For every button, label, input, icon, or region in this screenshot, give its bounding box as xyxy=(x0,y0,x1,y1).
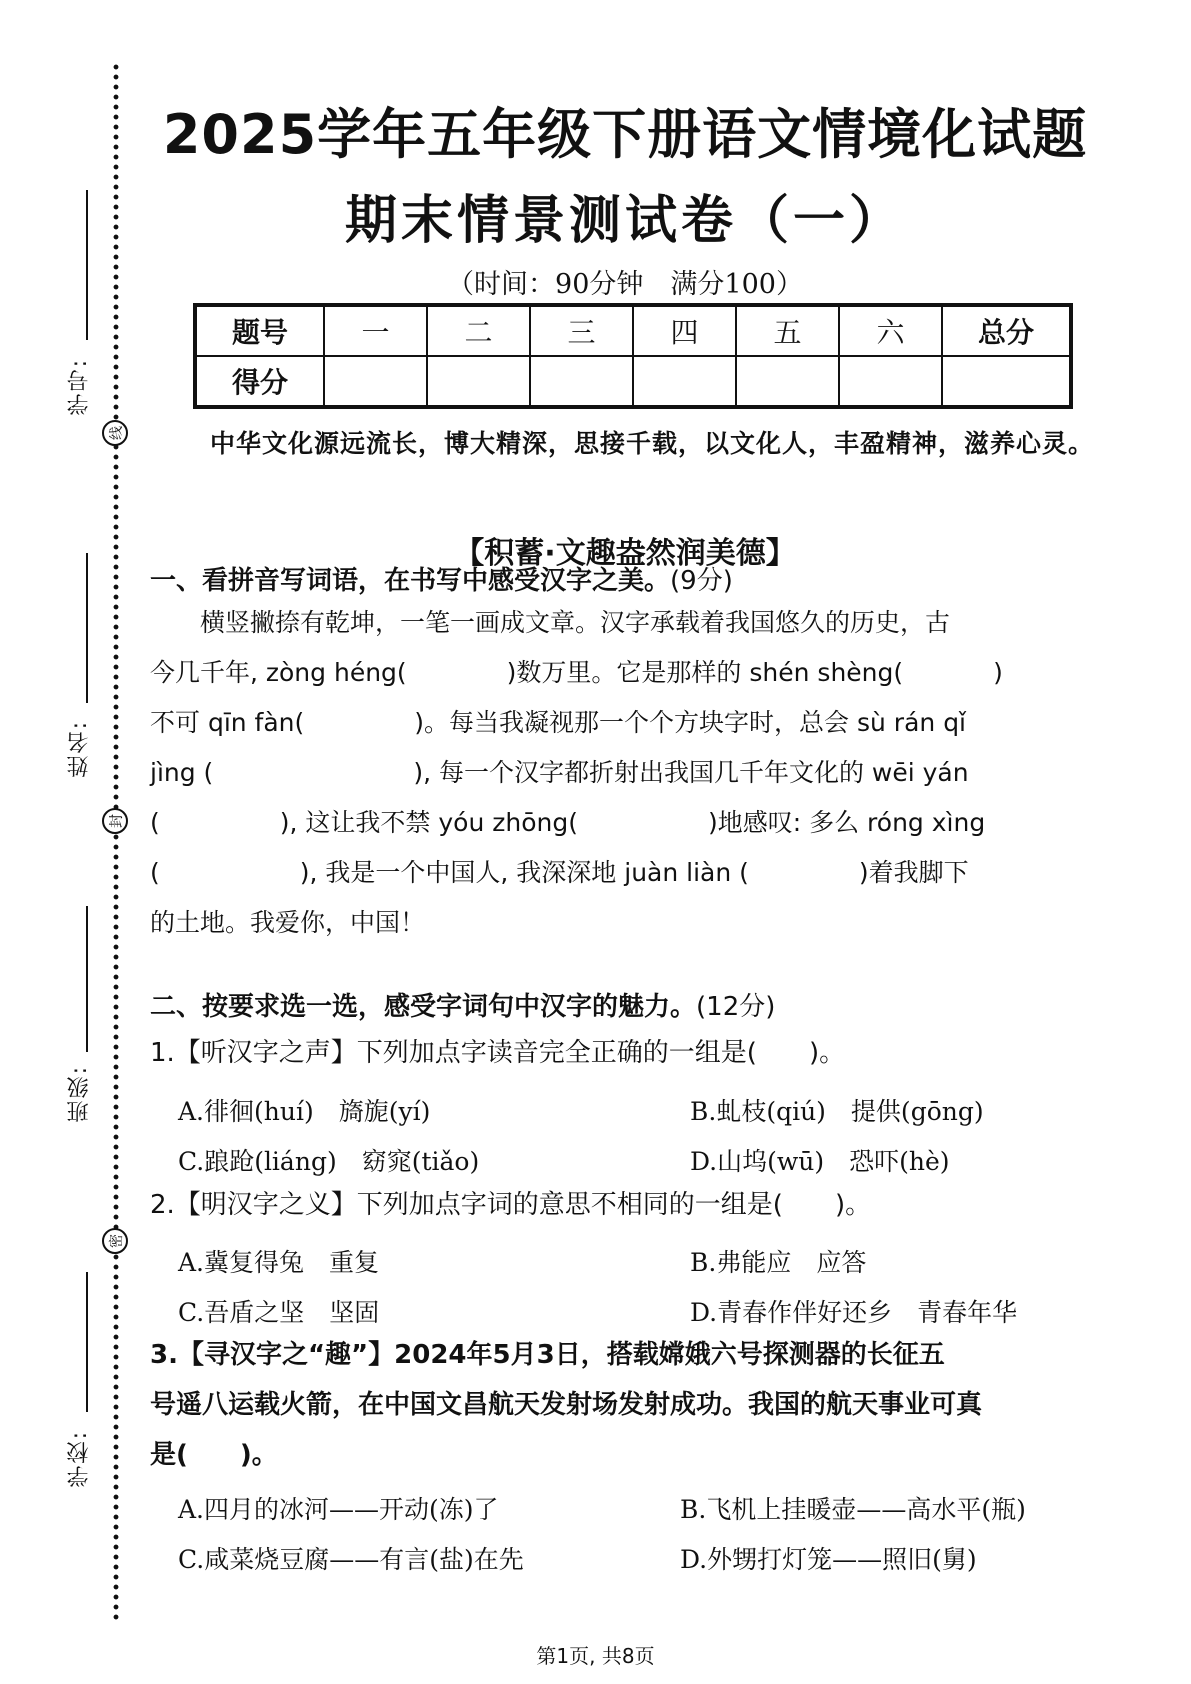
option-2-1-d[interactable]: D.山坞(wū) 恐吓(hè) xyxy=(690,1142,950,1178)
passage-text: ( xyxy=(150,858,160,887)
score-table-score-row: 得分 xyxy=(195,356,1071,407)
option-text: 吾盾之坚 坚固 xyxy=(204,1298,379,1327)
passage-text: ), 这让我不禁 yóu zhōng( xyxy=(280,808,578,837)
passage-text: 今几千年, zòng héng( xyxy=(150,658,407,687)
option-text: 飞机上挂暖壶——高水平(瓶) xyxy=(706,1495,1026,1524)
score-input-cell[interactable] xyxy=(324,356,427,407)
score-cell: 得分 xyxy=(195,356,324,407)
question-1-heading: 一、看拼音写词语，在书写中感受汉字之美。(9分) xyxy=(150,560,733,597)
passage-text: ), 每一个汉字都折射出我国几千年文化的 wēi yán xyxy=(413,758,968,787)
passage-text: 不可 qīn fàn( xyxy=(150,708,304,737)
score-cell: 二 xyxy=(427,305,530,356)
stem-line: 是( )。 xyxy=(150,1430,1110,1480)
school-label: 学校: xyxy=(64,1430,95,1487)
question-2-3-stem: 3.【寻汉字之“趣”】2024年5月3日，搭载嫦娥六号探测器的长征五 号遥八运载… xyxy=(150,1330,1110,1480)
passage-line: (), 我是一个中国人, 我深深地 juàn liàn ()着我脚下 xyxy=(150,848,1110,898)
passage-text: )着我脚下 xyxy=(859,858,969,887)
passage-text: ( xyxy=(150,808,160,837)
seal-xian: 线 xyxy=(102,420,128,446)
student-id-line[interactable] xyxy=(86,190,88,340)
score-cell: 四 xyxy=(633,305,736,356)
option-label: B. xyxy=(680,1495,706,1524)
stem-line: 3.【寻汉字之“趣”】2024年5月3日，搭载嫦娥六号探测器的长征五 xyxy=(150,1330,1110,1380)
exam-subtitle: 期末情景测试卷（一） xyxy=(150,178,1100,253)
score-cell: 五 xyxy=(736,305,839,356)
question-2-2-stem: 2.【明汉字之义】下列加点字词的意思不相同的一组是( )。 xyxy=(150,1180,1110,1230)
option-label: D. xyxy=(680,1545,707,1574)
question-2-title: 二、按要求选一选，感受字词句中汉字的魅力。 xyxy=(150,992,696,1022)
option-text: 青春作伴好还乡 青春年华 xyxy=(717,1298,1017,1327)
student-id-label: 学号: xyxy=(64,358,95,415)
option-label: B. xyxy=(690,1097,716,1126)
page-number: 第1页, 共8页 xyxy=(0,1640,1191,1669)
passage-line: (), 这让我不禁 yóu zhōng()地感叹: 多么 róng xìng xyxy=(150,798,1110,848)
passage-line: jìng (), 每一个汉字都折射出我国几千年文化的 wēi yán xyxy=(150,748,1110,798)
score-input-cell[interactable] xyxy=(839,356,942,407)
class-line[interactable] xyxy=(86,906,88,1052)
question-1-title: 一、看拼音写词语，在书写中感受汉字之美。 xyxy=(150,566,670,596)
option-2-3-a[interactable]: A.四月的冰河——开动(冻)了 xyxy=(178,1490,499,1526)
option-text: 弗能应 应答 xyxy=(716,1248,866,1277)
option-text: 冀复得兔 重复 xyxy=(204,1248,379,1277)
exam-meta: （时间：90分钟 满分100） xyxy=(150,262,1100,301)
option-text: 咸菜烧豆腐——有言(盐)在先 xyxy=(204,1545,524,1574)
option-text: 山坞(wū) 恐吓(hè) xyxy=(717,1147,949,1176)
option-text: 徘徊(huí) 旖旎(yí) xyxy=(204,1097,430,1126)
passage-text: 的土地。我爱你，中国！ xyxy=(150,908,425,937)
score-input-cell[interactable] xyxy=(427,356,530,407)
option-text: 四月的冰河——开动(冻)了 xyxy=(204,1495,499,1524)
option-2-2-c[interactable]: C.吾盾之坚 坚固 xyxy=(178,1293,379,1329)
exam-title: 2025学年五年级下册语文情境化试题 xyxy=(150,92,1100,169)
seal-feng: 封 xyxy=(102,808,128,834)
binding-dotted-line xyxy=(113,62,119,1624)
passage-text: )数万里。它是那样的 shén shèng( xyxy=(507,658,903,687)
school-line[interactable] xyxy=(86,1272,88,1412)
passage-text: )。每当我凝视那一个个方块字时，总会 sù rán qǐ xyxy=(414,708,966,737)
score-cell: 一 xyxy=(324,305,427,356)
score-cell: 总分 xyxy=(942,305,1071,356)
passage-text: )地感叹: 多么 róng xìng xyxy=(708,808,985,837)
option-2-2-b[interactable]: B.弗能应 应答 xyxy=(690,1243,866,1279)
score-cell: 三 xyxy=(530,305,633,356)
option-2-1-b[interactable]: B.虬枝(qiú) 提供(gōng) xyxy=(690,1092,984,1128)
score-cell: 六 xyxy=(839,305,942,356)
passage-line: 的土地。我爱你，中国！ xyxy=(150,898,1110,948)
option-label: D. xyxy=(690,1147,717,1176)
option-2-2-d[interactable]: D.青春作伴好还乡 青春年华 xyxy=(690,1293,1017,1329)
option-2-3-b[interactable]: B.飞机上挂暖壶——高水平(瓶) xyxy=(680,1490,1026,1526)
option-2-1-a[interactable]: A.徘徊(huí) 旖旎(yí) xyxy=(178,1092,430,1128)
option-label: B. xyxy=(690,1248,716,1277)
passage-text: ) xyxy=(993,658,1003,687)
score-input-cell[interactable] xyxy=(633,356,736,407)
option-label: C. xyxy=(178,1147,204,1176)
option-text: 外甥打灯笼——照旧(舅) xyxy=(707,1545,977,1574)
option-label: A. xyxy=(178,1097,204,1126)
passage-text: 横竖撇捺有乾坤，一笔一画成文章。汉字承载着我国悠久的历史，古 xyxy=(200,608,950,637)
option-label: A. xyxy=(178,1495,204,1524)
option-text: 虬枝(qiú) 提供(gōng) xyxy=(716,1097,983,1126)
name-label: 姓名: xyxy=(64,720,95,777)
option-2-1-c[interactable]: C.踉跄(liáng) 窈窕(tiǎo) xyxy=(178,1142,479,1178)
score-table: 题号 一 二 三 四 五 六 总分 得分 xyxy=(193,303,1073,409)
score-input-cell[interactable] xyxy=(736,356,839,407)
score-cell: 题号 xyxy=(195,305,324,356)
option-label: D. xyxy=(690,1298,717,1327)
option-label: C. xyxy=(178,1298,204,1327)
question-2-heading: 二、按要求选一选，感受字词句中汉字的魅力。(12分) xyxy=(150,986,775,1023)
passage-text: jìng ( xyxy=(150,758,213,787)
option-label: A. xyxy=(178,1248,204,1277)
option-label: C. xyxy=(178,1545,204,1574)
name-line[interactable] xyxy=(86,553,88,703)
class-label: 班级: xyxy=(64,1065,95,1122)
option-2-2-a[interactable]: A.冀复得兔 重复 xyxy=(178,1243,379,1279)
question-2-points: (12分) xyxy=(696,992,775,1022)
question-1-points: (9分) xyxy=(670,566,733,596)
stem-line: 号遥八运载火箭，在中国文昌航天发射场发射成功。我国的航天事业可真 xyxy=(150,1380,1110,1430)
passage-line: 今几千年, zòng héng()数万里。它是那样的 shén shèng() xyxy=(150,648,1110,698)
intro-paragraph: 中华文化源远流长，博大精深，思接千载，以文化人，丰盈精神，滋养心灵。 xyxy=(150,418,1110,470)
question-1-passage: 横竖撇捺有乾坤，一笔一画成文章。汉字承载着我国悠久的历史，古 今几千年, zòn… xyxy=(150,598,1110,948)
passage-line: 横竖撇捺有乾坤，一笔一画成文章。汉字承载着我国悠久的历史，古 xyxy=(150,598,1110,648)
option-text: 踉跄(liáng) 窈窕(tiǎo) xyxy=(204,1147,479,1176)
seal-mi: 密 xyxy=(102,1228,128,1254)
passage-line: 不可 qīn fàn()。每当我凝视那一个个方块字时，总会 sù rán qǐ xyxy=(150,698,1110,748)
score-input-cell[interactable] xyxy=(942,356,1071,407)
option-2-3-c[interactable]: C.咸菜烧豆腐——有言(盐)在先 xyxy=(178,1540,524,1576)
score-input-cell[interactable] xyxy=(530,356,633,407)
question-2-1-stem: 1.【听汉字之声】下列加点字读音完全正确的一组是( )。 xyxy=(150,1028,1110,1078)
passage-text: ), 我是一个中国人, 我深深地 juàn liàn ( xyxy=(300,858,749,887)
option-2-3-d[interactable]: D.外甥打灯笼——照旧(舅) xyxy=(680,1540,977,1576)
score-table-header-row: 题号 一 二 三 四 五 六 总分 xyxy=(195,305,1071,356)
